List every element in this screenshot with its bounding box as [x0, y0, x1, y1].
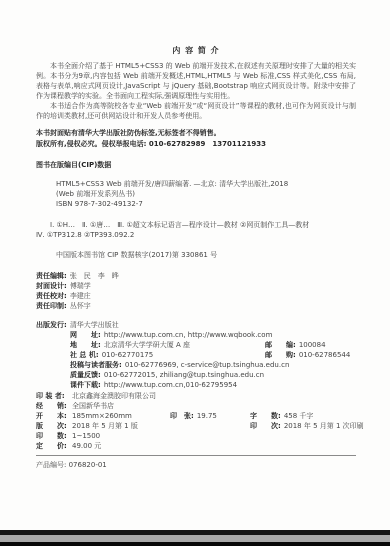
format-row: 开 本:185mm×260mm 印 张:19.75 字 数:458 千字 — [36, 411, 356, 421]
copyright-page: 内 容 简 介 本书全面介绍了基于 HTML5+CSS3 的 Web 前端开发技… — [0, 0, 390, 546]
format-label: 开 本: — [36, 411, 72, 421]
courseware-row: 课件下载:http://www.tup.com.cn,010-62795954 — [70, 380, 356, 390]
mailorder-pair: 邮 购:010-62786544 — [265, 350, 350, 360]
staff-block: 责任编辑:张 民 李 晔 封面设计:傅瑞学 责任校对:李建庄 责任印制:丛怀宇 — [36, 271, 356, 311]
sheets-pair: 印 张:19.75 — [170, 411, 217, 421]
switchboard-value: 010-62770175 — [102, 351, 154, 359]
courseware-value: http://www.tup.com.cn,010-62795954 — [104, 381, 237, 389]
staff-label: 封面设计: — [36, 282, 67, 290]
website-label: 网 址: — [70, 331, 101, 339]
edition-row: 版 次:2018 年 5 月第 1 版 印 次:2018 年 5 月第 1 次印… — [36, 421, 356, 431]
price-label: 定 价: — [36, 441, 72, 451]
printing-specs-block: 印 装 者:北京鑫海金澳胶印有限公司 经 销:全国新华书店 开 本:185mm×… — [36, 391, 356, 451]
zip-pair: 邮 编:100084 — [265, 340, 326, 350]
staff-value: 傅瑞学 — [70, 282, 91, 290]
staff-label: 责任编辑: — [36, 272, 67, 280]
quality-feedback-row: 质量反馈:010-62772015, zhiliang@tup.tsinghua… — [70, 370, 356, 380]
mailorder-value: 010-62786544 — [299, 351, 351, 359]
sheets-value: 19.75 — [197, 412, 217, 420]
intro-paragraph-2: 本书适合作为高等院校各专业“Web 前端开发”或“网页设计”等课程的教材,也可作… — [36, 101, 356, 121]
staff-row-proofreader: 责任校对:李建庄 — [36, 291, 356, 301]
product-number-value: 076820-01 — [69, 461, 107, 469]
cip-series-line: (Web 前端开发系列丛书) — [56, 189, 356, 199]
anti-piracy-notice: 本书封面贴有清华大学出版社防伪标签,无标签者不得销售。 版权所有,侵权必究。侵权… — [36, 128, 356, 149]
website-row: 网 址:http://www.tup.com.cn, http://www.wq… — [70, 330, 356, 340]
website-value: http://www.tup.com.cn, http://www.wqbook… — [104, 331, 273, 339]
printer-row: 印 装 者:北京鑫海金澳胶印有限公司 — [36, 391, 356, 401]
reader-service-label: 投稿与读者服务: — [70, 361, 122, 369]
product-number-label: 产品编号: — [36, 461, 66, 469]
scan-edge-bar-bottom — [0, 542, 390, 546]
publisher-row: 出版发行:清华大学出版社 — [36, 320, 356, 330]
cip-heading: 图书在版编目(CIP)数据 — [36, 160, 356, 170]
publisher-block: 出版发行:清华大学出版社 网 址:http://www.tup.com.cn, … — [36, 320, 356, 390]
reader-service-value: 010-62776969, c-service@tup.tsinghua.edu… — [125, 361, 290, 369]
sheets-label: 印 张: — [170, 412, 194, 420]
publisher-name: 清华大学出版社 — [70, 321, 119, 329]
intro-paragraph-1: 本书全面介绍了基于 HTML5+CSS3 的 Web 前端开发技术,在叙述有关原… — [36, 61, 356, 101]
printer-label: 印 装 者: — [36, 391, 72, 401]
publisher-label: 出版发行: — [36, 321, 67, 329]
staff-value: 张 民 李 晔 — [70, 272, 119, 280]
copies-row: 印 数:1~1500 — [36, 431, 356, 441]
staff-value: 丛怀宇 — [70, 302, 91, 310]
staff-value: 李建庄 — [70, 292, 91, 300]
product-number-row: 产品编号: 076820-01 — [36, 460, 356, 470]
quality-feedback-value: 010-62772015, zhiliang@tup.tsinghua.edu.… — [104, 371, 264, 379]
cip-class-line-2: Ⅳ. ①TP312.8 ②TP393.092.2 — [36, 230, 356, 240]
distributor-label: 经 销: — [36, 401, 72, 411]
switchboard-label: 社 总 机: — [70, 351, 99, 359]
distributor-value: 全国新华书店 — [72, 402, 114, 410]
switchboard-row: 社 总 机:010-62770175 邮 购:010-62786544 — [70, 350, 356, 360]
impression-value: 2018 年 5 月第 1 次印刷 — [284, 422, 364, 430]
page-content: 内 容 简 介 本书全面介绍了基于 HTML5+CSS3 的 Web 前端开发技… — [0, 0, 390, 470]
staff-row-editor: 责任编辑:张 民 李 晔 — [36, 271, 356, 281]
words-value: 458 千字 — [284, 412, 314, 420]
reader-service-row: 投稿与读者服务:010-62776969, c-service@tup.tsin… — [70, 360, 356, 370]
words-label: 字 数: — [250, 412, 281, 420]
cip-book-line: HTML5+CSS3 Web 前端开发/唐四薪编著. —北京: 清华大学出版社,… — [56, 179, 356, 189]
copies-label: 印 数: — [36, 431, 72, 441]
courseware-label: 课件下载: — [70, 381, 101, 389]
staff-label: 责任校对: — [36, 292, 67, 300]
price-value: 49.00 元 — [72, 442, 101, 450]
edition-value: 2018 年 5 月第 1 版 — [72, 422, 138, 430]
staff-row-print-supervisor: 责任印制:丛怀宇 — [36, 301, 356, 311]
format-value: 185mm×260mm — [72, 412, 132, 420]
cip-classification: Ⅰ. ①H… Ⅱ. ①唐… Ⅲ. ①超文本标记语言—程序设计—教材 ②网页制作工… — [36, 220, 356, 240]
cip-record-number: 中国版本图书馆 CIP 数据核字(2017)第 330861 号 — [56, 250, 356, 260]
address-label: 地 址: — [70, 341, 101, 349]
footer-divider — [36, 455, 356, 456]
words-pair: 字 数:458 千字 — [250, 411, 313, 421]
impression-label: 印 次: — [250, 422, 281, 430]
address-value: 北京清华大学学研大厦 A 座 — [104, 341, 190, 349]
staff-label: 责任印制: — [36, 302, 67, 310]
mailorder-label: 邮 购: — [265, 351, 296, 359]
impression-pair: 印 次:2018 年 5 月第 1 次印刷 — [250, 421, 364, 431]
zip-label: 邮 编: — [265, 341, 296, 349]
scan-edge-bar-middle — [0, 535, 390, 542]
distributor-row: 经 销:全国新华书店 — [36, 401, 356, 411]
zip-value: 100084 — [299, 341, 326, 349]
price-row: 定 价:49.00 元 — [36, 441, 356, 451]
staff-row-cover-design: 封面设计:傅瑞学 — [36, 281, 356, 291]
notice-line-2: 版权所有,侵权必究。侵权举报电话: 010-62782989 137011219… — [36, 139, 356, 149]
cip-block: HTML5+CSS3 Web 前端开发/唐四薪编著. —北京: 清华大学出版社,… — [56, 179, 356, 209]
address-row: 地 址:北京清华大学学研大厦 A 座 邮 编:100084 — [70, 340, 356, 350]
cip-isbn: ISBN 978-7-302-49132-7 — [56, 199, 356, 209]
edition-label: 版 次: — [36, 421, 72, 431]
printer-value: 北京鑫海金澳胶印有限公司 — [72, 392, 156, 400]
notice-line-1: 本书封面贴有清华大学出版社防伪标签,无标签者不得销售。 — [36, 128, 356, 138]
cip-class-line-1: Ⅰ. ①H… Ⅱ. ①唐… Ⅲ. ①超文本标记语言—程序设计—教材 ②网页制作工… — [36, 220, 356, 230]
copies-value: 1~1500 — [72, 432, 100, 440]
quality-feedback-label: 质量反馈: — [70, 371, 101, 379]
intro-title: 内 容 简 介 — [36, 46, 356, 56]
